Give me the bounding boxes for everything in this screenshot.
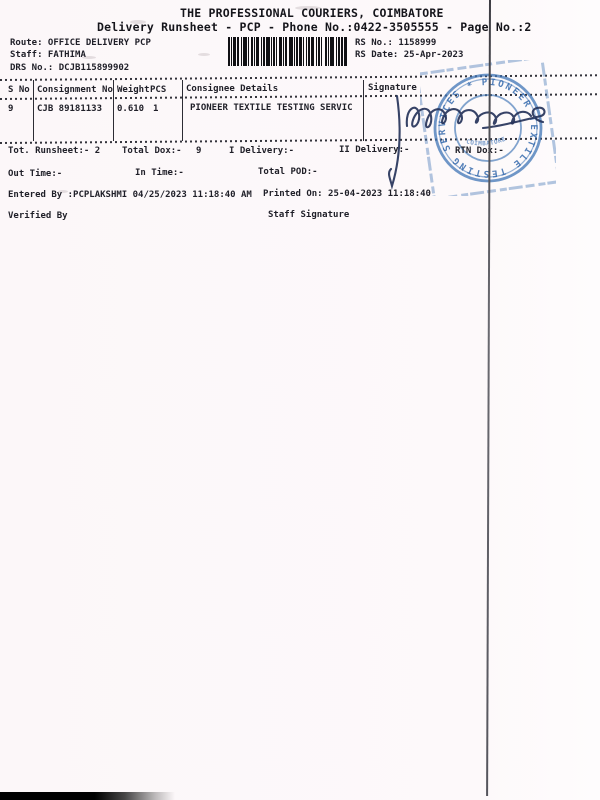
table-header-sno: S No (8, 85, 30, 95)
doc-title: THE PROFESSIONAL COURIERS, COIMBATORE (180, 7, 444, 20)
column-divider (363, 80, 364, 141)
row-cell-weight: 0.610 (117, 104, 144, 114)
scan-edge-bar (0, 792, 175, 800)
doc-subtitle: Delivery Runsheet - PCP - Phone No.:0422… (97, 21, 532, 34)
row-cell-pcs: 1 (153, 104, 158, 114)
entered-by-line: Entered By :PCPLAKSHMI 04/25/2023 11:18:… (8, 190, 252, 200)
out-time-label: Out Time:- (8, 169, 62, 179)
table-header-consignee: Consignee Details (186, 84, 278, 94)
rs-date-line: RS Date: 25-Apr-2023 (355, 50, 463, 60)
scan-artifact (198, 53, 210, 56)
column-divider (182, 80, 183, 141)
total-pod-label: Total POD:- (258, 167, 318, 177)
drs-no-line: DRS No.: DCJB115899902 (10, 63, 129, 73)
column-divider (33, 80, 34, 141)
runsheet-document: THE PROFESSIONAL COURIERS, COIMBATORE De… (0, 0, 600, 800)
verified-by-label: Verified By (8, 211, 68, 221)
signature-scribble (383, 86, 563, 196)
totals-dox-label: Total Dox:- (122, 146, 182, 156)
row-cell-consignee: PIONEER TEXTILE TESTING SERVIC (190, 103, 353, 113)
totals-dox-value: 9 (196, 146, 201, 156)
column-divider (113, 80, 114, 141)
staff-line: Staff: FATHIMA (10, 50, 86, 60)
rs-no-line: RS No.: 1158999 (355, 38, 436, 48)
table-header-consignment: Consignment No (37, 85, 113, 95)
row-cell-sno: 9 (8, 104, 13, 114)
table-header-weight: Weight (117, 85, 150, 95)
row-cell-consignment: CJB 89181133 (37, 104, 102, 114)
totals-i-delivery: I Delivery:- (229, 146, 294, 156)
table-header-pcs: PCS (150, 85, 166, 95)
in-time-label: In Time:- (135, 168, 184, 178)
staff-signature-label: Staff Signature (268, 210, 349, 220)
route-line: Route: OFFICE DELIVERY PCP (10, 38, 151, 48)
totals-runsheet: Tot. Runsheet:- 2 (8, 146, 100, 156)
barcode (228, 37, 347, 66)
